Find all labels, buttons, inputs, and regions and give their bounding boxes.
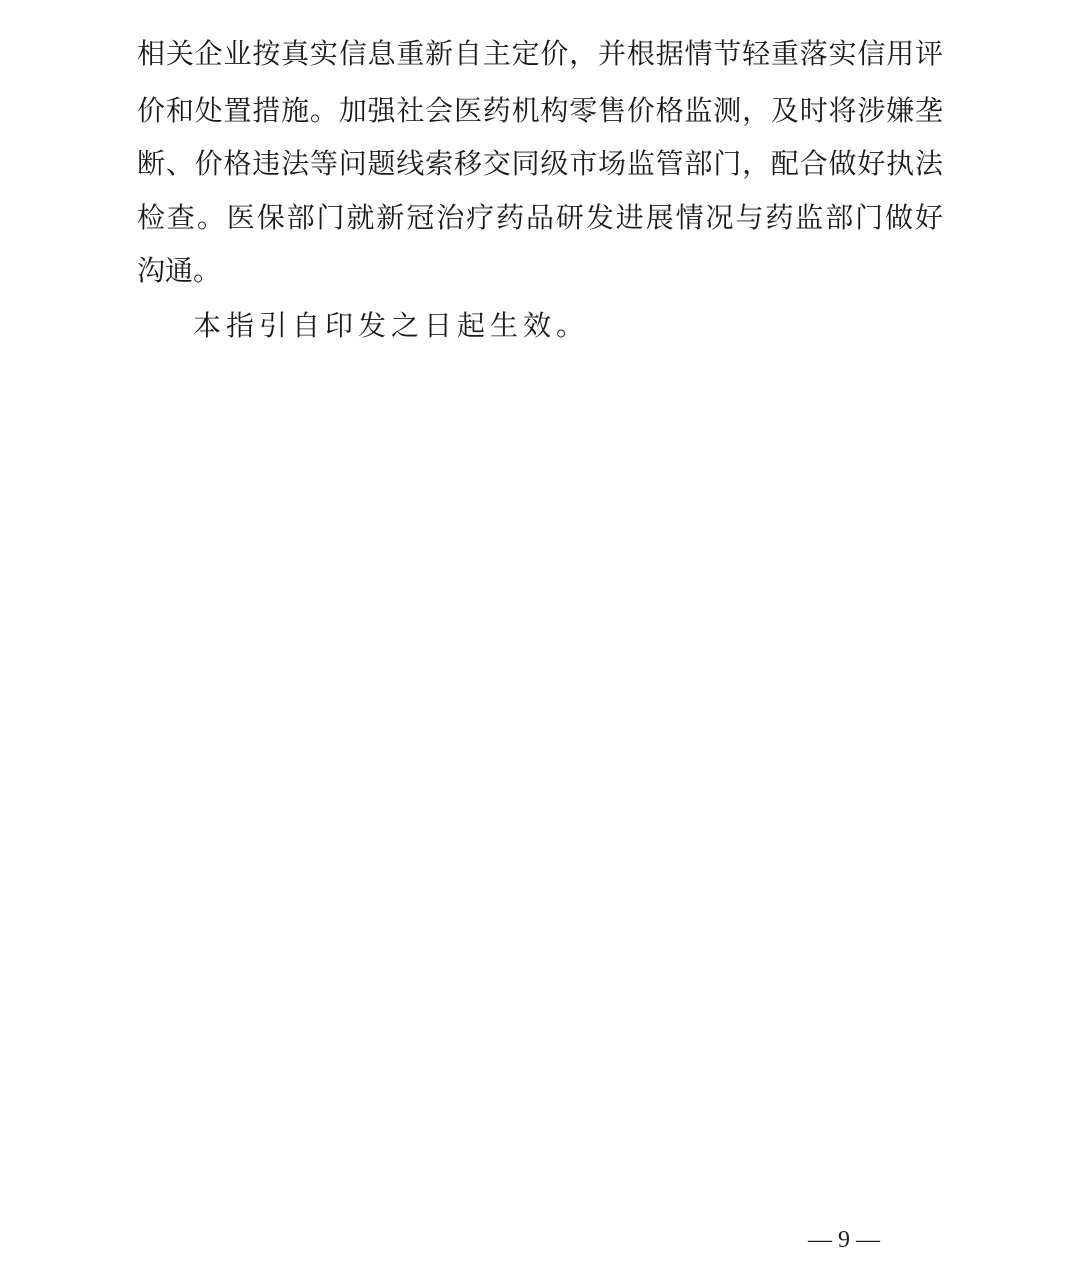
text-char: 合	[800, 146, 828, 182]
text-char: 主	[483, 36, 511, 72]
body-text-line-3: 断、价格违法等问题线索移交同级市场监管部门，配合做好执法	[137, 146, 943, 182]
text-char: 部	[825, 200, 853, 236]
text-char: 据	[656, 36, 684, 72]
text-char: 信	[857, 36, 885, 72]
text-char: 门	[713, 146, 741, 182]
text-char: 监	[627, 146, 655, 182]
text-char: 配	[771, 146, 799, 182]
text-char: 重	[396, 36, 424, 72]
text-char: 新	[425, 36, 453, 72]
text-char: 新	[376, 200, 404, 236]
text-char: 。	[197, 200, 225, 236]
text-char: 价	[195, 146, 223, 182]
text-char: 医	[454, 93, 482, 129]
text-char: 社	[396, 93, 424, 129]
text-char: 同	[512, 146, 540, 182]
text-char: ，	[569, 36, 597, 72]
text-char: 会	[425, 93, 453, 129]
text-char: 定	[512, 36, 540, 72]
text-char: 管	[656, 146, 684, 182]
text-char: 信	[339, 36, 367, 72]
text-char: 门	[855, 200, 883, 236]
text-char: 关	[166, 36, 194, 72]
text-char: 根	[627, 36, 655, 72]
text-char: 法	[281, 146, 309, 182]
text-char: 等	[310, 146, 338, 182]
text-char: 企	[195, 36, 223, 72]
text-char: 加	[339, 93, 367, 129]
text-char: 检	[137, 200, 165, 236]
text-char: 。	[310, 93, 338, 129]
text-char: 情	[676, 200, 704, 236]
text-char: ，	[742, 93, 770, 129]
text-char: ，	[742, 146, 770, 182]
text-char: 监	[684, 93, 712, 129]
text-char: 医	[227, 200, 255, 236]
text-char: 疗	[466, 200, 494, 236]
text-char: 场	[598, 146, 626, 182]
document-page: 相关企业按真实信息重新自主定价，并根据情节轻重落实信用评 价和处置措施。加强社会…	[0, 0, 1080, 1272]
text-char: 业	[223, 36, 251, 72]
text-char: 息	[368, 36, 396, 72]
text-char: 药	[765, 200, 793, 236]
text-char: 垄	[915, 93, 943, 129]
text-char: 嫌	[886, 93, 914, 129]
text-char: 线	[396, 146, 424, 182]
closing-paragraph: 本指引自印发之日起生效。	[193, 308, 999, 344]
text-char: 展	[646, 200, 674, 236]
text-char: 移	[454, 146, 482, 182]
text-char: 部	[684, 146, 712, 182]
text-char: 售	[598, 93, 626, 129]
text-char: 格	[656, 93, 684, 129]
text-char: 价	[540, 36, 568, 72]
text-char: 好	[857, 146, 885, 182]
text-char: 交	[483, 146, 511, 182]
text-char: 处	[195, 93, 223, 129]
text-char: 轻	[742, 36, 770, 72]
text-char: 评	[915, 36, 943, 72]
text-char: 市	[569, 146, 597, 182]
text-char: 题	[368, 146, 396, 182]
text-char: 药	[483, 93, 511, 129]
text-char: 执	[886, 146, 914, 182]
text-char: 保	[257, 200, 285, 236]
text-char: 和	[166, 93, 194, 129]
text-char: 涉	[857, 93, 885, 129]
text-char: 价	[137, 93, 165, 129]
text-char: 重	[771, 36, 799, 72]
text-char: 就	[346, 200, 374, 236]
text-char: 门	[317, 200, 345, 236]
text-char: 及	[771, 93, 799, 129]
text-char: 落	[800, 36, 828, 72]
text-char: 药	[496, 200, 524, 236]
text-char: 实	[829, 36, 857, 72]
body-text-line-1: 相关企业按真实信息重新自主定价，并根据情节轻重落实信用评	[137, 36, 943, 72]
text-char: 监	[795, 200, 823, 236]
text-char: 问	[339, 146, 367, 182]
text-char: 级	[540, 146, 568, 182]
text-char: 实	[310, 36, 338, 72]
text-char: 治	[436, 200, 464, 236]
body-text-line-2: 价和处置措施。加强社会医药机构零售价格监测，及时将涉嫌垄	[137, 93, 943, 129]
text-char: 自	[454, 36, 482, 72]
text-char: 强	[368, 93, 396, 129]
body-text-line-4: 检查。医保部门就新冠治疗药品研发进展情况与药监部门做好	[137, 200, 943, 236]
page-number: — 9 —	[808, 1226, 880, 1254]
body-text-line-5: 沟通。	[137, 253, 943, 289]
text-char: 测	[713, 93, 741, 129]
text-char: 相	[137, 36, 165, 72]
text-char: 情	[684, 36, 712, 72]
text-char: 研	[556, 200, 584, 236]
text-char: 施	[281, 93, 309, 129]
text-char: 并	[598, 36, 626, 72]
text-char: 按	[252, 36, 280, 72]
text-char: 、	[166, 146, 194, 182]
text-char: 品	[526, 200, 554, 236]
text-char: 查	[167, 200, 195, 236]
text-char: 零	[569, 93, 597, 129]
text-char: 用	[886, 36, 914, 72]
text-char: 构	[540, 93, 568, 129]
text-char: 置	[223, 93, 251, 129]
text-char: 冠	[406, 200, 434, 236]
text-char: 部	[287, 200, 315, 236]
text-char: 况	[706, 200, 734, 236]
text-char: 违	[252, 146, 280, 182]
text-char: 将	[829, 93, 857, 129]
text-char: 进	[616, 200, 644, 236]
text-char: 发	[586, 200, 614, 236]
text-char: 格	[223, 146, 251, 182]
text-char: 价	[627, 93, 655, 129]
text-char: 做	[885, 200, 913, 236]
text-char: 节	[713, 36, 741, 72]
text-char: 断	[137, 146, 165, 182]
text-char: 索	[425, 146, 453, 182]
text-char: 做	[829, 146, 857, 182]
text-char: 真	[281, 36, 309, 72]
text-char: 法	[915, 146, 943, 182]
text-char: 与	[735, 200, 763, 236]
text-char: 好	[915, 200, 943, 236]
text-char: 措	[252, 93, 280, 129]
text-char: 时	[800, 93, 828, 129]
text-char: 机	[512, 93, 540, 129]
